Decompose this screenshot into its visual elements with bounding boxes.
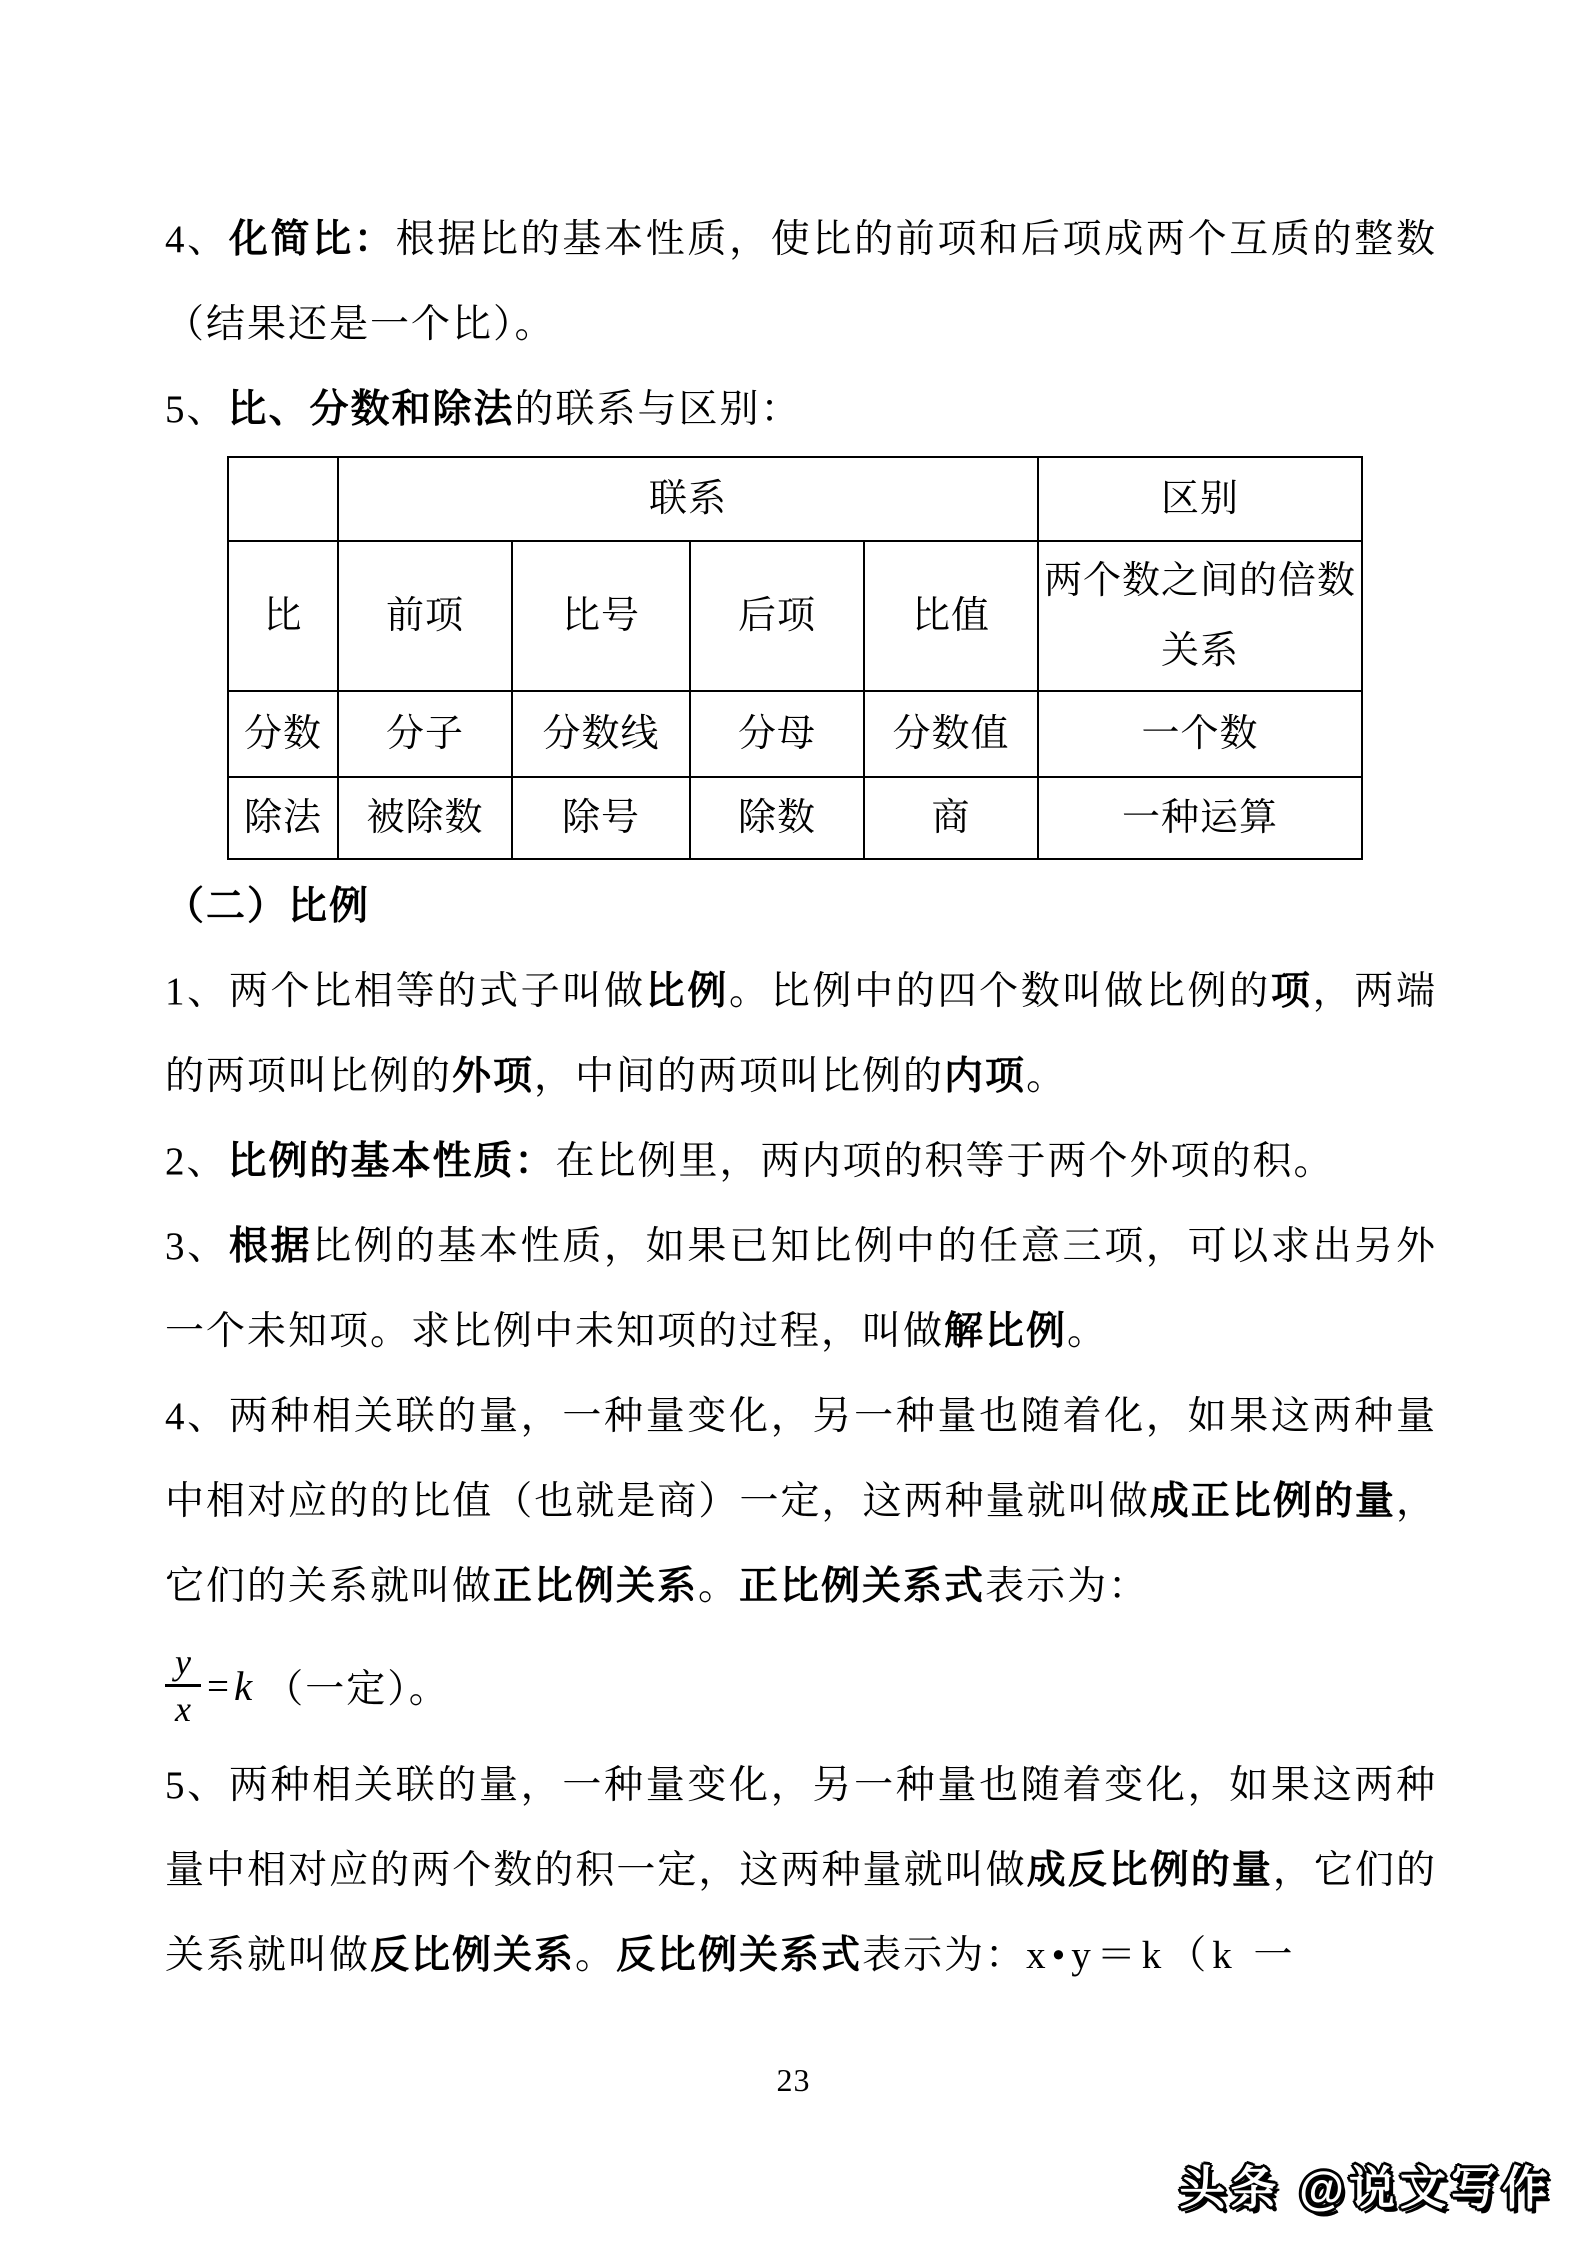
table-header-links: 联系 <box>338 457 1038 541</box>
table-cell: 比号 <box>512 541 690 691</box>
table-row-division: 除法 被除数 除号 除数 商 一种运算 <box>228 777 1362 859</box>
page-content: 4、化简比：根据比的基本性质，使比的前项和后项成两个互质的整数（结果还是一个比）… <box>165 197 1437 1998</box>
table-cell: 除法 <box>228 777 338 859</box>
watermark: 头条 @说文写作 <box>1179 2152 1553 2218</box>
table-cell: 被除数 <box>338 777 512 859</box>
table-cell: 分数值 <box>864 691 1038 777</box>
fraction-denominator: x <box>175 1687 191 1730</box>
table-cell: 除数 <box>690 777 864 859</box>
table-cell: 分子 <box>338 691 512 777</box>
table-cell-corner <box>228 457 338 541</box>
paragraph-direct-proportion: 4、两种相关联的量，一种量变化，另一种量也随着化，如果这两种量中相对应的的比值（… <box>165 1374 1437 1629</box>
formula-constant-note: （一定）。 <box>264 1658 450 1714</box>
table-header-row: 联系 区别 <box>228 457 1362 541</box>
table-cell: 除号 <box>512 777 690 859</box>
comparison-table: 联系 区别 比 前项 比号 后项 比值 两个数之间的倍数关系 分数 分子 分数线… <box>227 456 1363 860</box>
direct-proportion-formula: y x = k （一定）。 <box>165 1629 1437 1743</box>
table-row-fraction: 分数 分子 分数线 分母 分数值 一个数 <box>228 691 1362 777</box>
section-title-proportion: （二）比例 <box>165 864 1437 949</box>
fraction-y-over-x: y x <box>165 1642 201 1731</box>
page-number: 23 <box>0 2062 1587 2099</box>
document-page: 4、化简比：根据比的基本性质，使比的前项和后项成两个互质的整数（结果还是一个比）… <box>0 0 1587 2245</box>
paragraph-simplify-ratio: 4、化简比：根据比的基本性质，使比的前项和后项成两个互质的整数（结果还是一个比）… <box>165 197 1437 367</box>
table-cell: 前项 <box>338 541 512 691</box>
fraction-numerator: y <box>165 1642 201 1687</box>
paragraph-basic-property: 2、比例的基本性质：在比例里，两内项的积等于两个外项的积。 <box>165 1119 1437 1204</box>
table-cell: 分母 <box>690 691 864 777</box>
paragraph-solve-proportion: 3、根据比例的基本性质，如果已知比例中的任意三项，可以求出另外一个未知项。求比例… <box>165 1204 1437 1374</box>
formula-constant-k: k <box>234 1662 254 1710</box>
paragraph-proportion-definition: 1、两个比相等的式子叫做比例。比例中的四个数叫做比例的项，两端的两项叫比例的外项… <box>165 949 1437 1119</box>
table-cell: 两个数之间的倍数关系 <box>1038 541 1362 691</box>
table-cell: 分数 <box>228 691 338 777</box>
table-cell: 后项 <box>690 541 864 691</box>
paragraph-inverse-proportion: 5、两种相关联的量，一种量变化，另一种量也随着变化，如果这两种量中相对应的两个数… <box>165 1743 1437 1998</box>
table-header-difference: 区别 <box>1038 457 1362 541</box>
table-cell: 比值 <box>864 541 1038 691</box>
table-cell: 分数线 <box>512 691 690 777</box>
table-cell: 比 <box>228 541 338 691</box>
table-cell: 一个数 <box>1038 691 1362 777</box>
formula-equals-sign: = <box>207 1664 231 1709</box>
table-cell: 一种运算 <box>1038 777 1362 859</box>
paragraph-ratio-fraction-division-heading: 5、比、分数和除法的联系与区别： <box>165 367 1437 452</box>
table-row-ratio: 比 前项 比号 后项 比值 两个数之间的倍数关系 <box>228 541 1362 691</box>
table-cell: 商 <box>864 777 1038 859</box>
